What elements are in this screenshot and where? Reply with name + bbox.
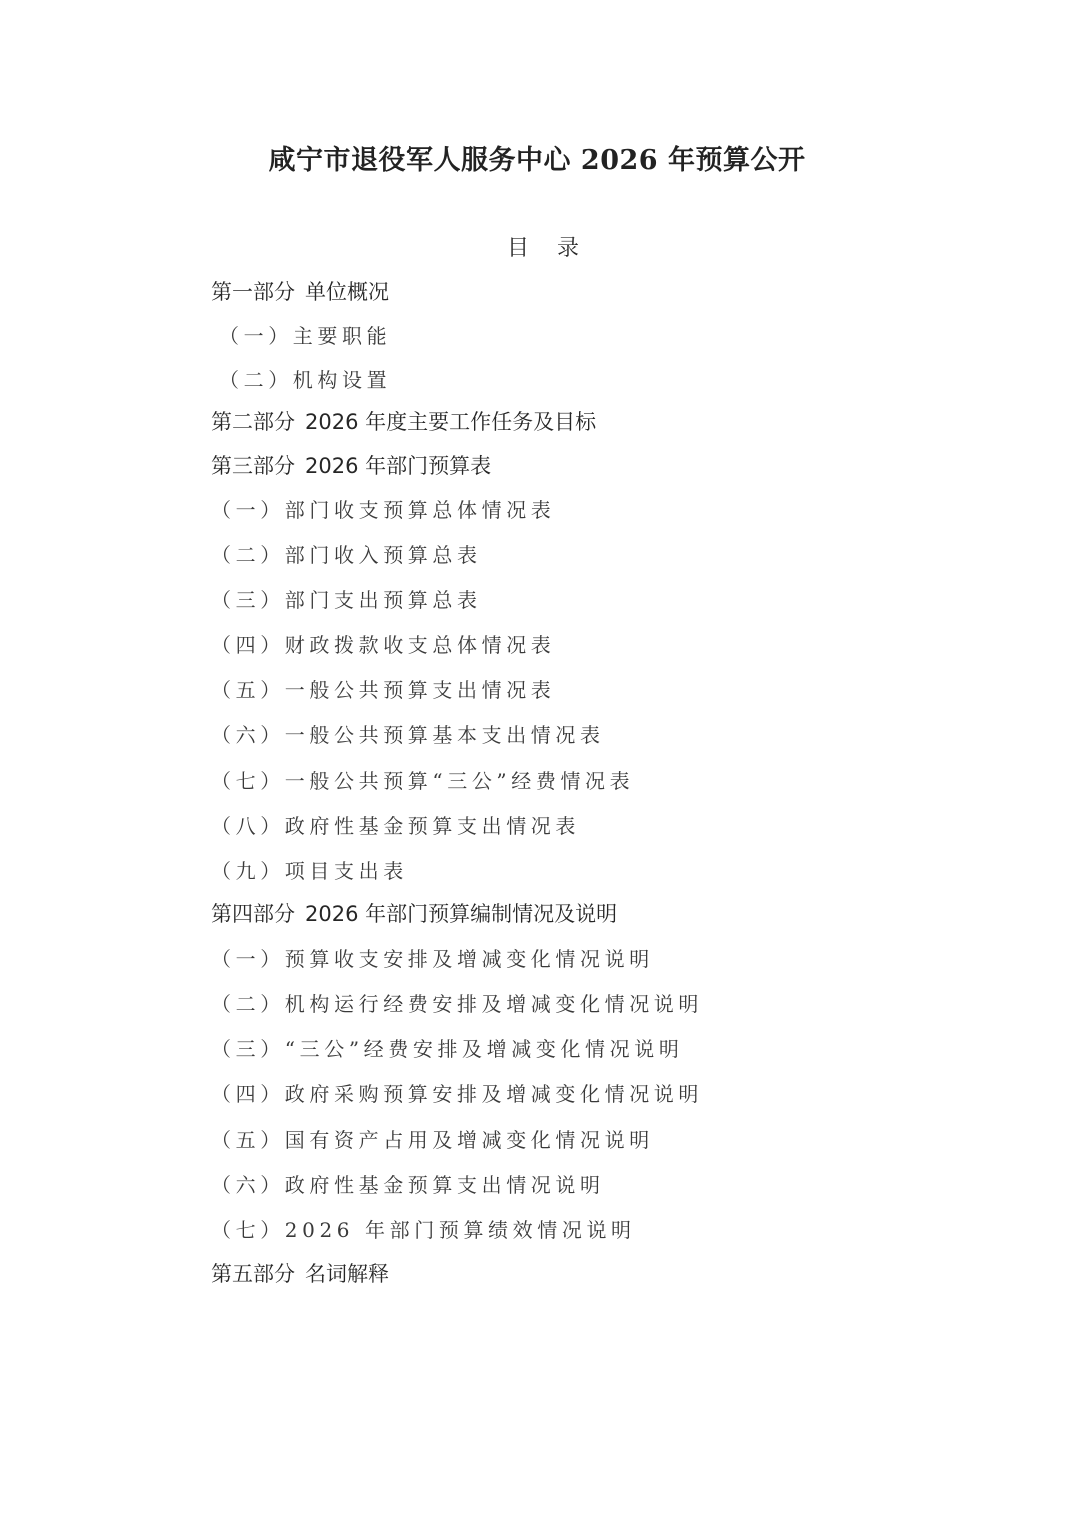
toc-sub-entry[interactable]: （三）“三公”经费安排及增减变化情况说明 [211, 1033, 683, 1062]
toc-part-title: 2026 年部门预算表 [305, 454, 491, 478]
toc-part-title: 单位概况 [305, 280, 389, 304]
toc-sub-entry[interactable]: （八）政府性基金预算支出情况表 [211, 810, 580, 839]
toc-part-entry[interactable]: 第四部分2026 年部门预算编制情况及说明 [211, 898, 617, 928]
toc-sub-entry[interactable]: （六）一般公共预算基本支出情况表 [211, 719, 605, 748]
toc-heading-char-1: 目 [507, 236, 529, 261]
toc-heading-char-2: 录 [557, 236, 579, 261]
toc-sub-entry[interactable]: （三）部门支出预算总表 [211, 584, 482, 613]
toc-sub-entry[interactable]: （五）一般公共预算支出情况表 [211, 674, 555, 703]
toc-sub-entry[interactable]: （五）国有资产占用及增减变化情况说明 [211, 1124, 654, 1153]
toc-part-entry[interactable]: 第五部分名词解释 [211, 1258, 389, 1288]
toc-sub-entry[interactable]: （二）部门收入预算总表 [211, 539, 482, 568]
toc-sub-entry[interactable]: （一）主要职能 [219, 320, 391, 349]
toc-sub-entry[interactable]: （二）机构运行经费安排及增减变化情况说明 [211, 988, 703, 1017]
toc-sub-entry[interactable]: （七）2026 年部门预算绩效情况说明 [211, 1214, 636, 1243]
toc-sub-entry[interactable]: （七）一般公共预算“三公”经费情况表 [211, 765, 634, 794]
toc-part-prefix: 第一部分 [211, 280, 295, 304]
toc-part-entry[interactable]: 第三部分2026 年部门预算表 [211, 450, 491, 480]
toc-sub-entry[interactable]: （一）预算收支安排及增减变化情况说明 [211, 943, 654, 972]
toc-sub-entry[interactable]: （二）机构设置 [219, 364, 391, 393]
toc-sub-entry[interactable]: （四）政府采购预算安排及增减变化情况说明 [211, 1078, 703, 1107]
toc-part-prefix: 第五部分 [211, 1262, 295, 1286]
toc-part-title: 名词解释 [305, 1262, 389, 1286]
toc-part-entry[interactable]: 第一部分单位概况 [211, 276, 389, 306]
toc-heading: 目录 [0, 231, 1074, 262]
toc-sub-entry[interactable]: （六）政府性基金预算支出情况说明 [211, 1169, 605, 1198]
toc-sub-entry[interactable]: （一）部门收支预算总体情况表 [211, 494, 555, 523]
document-title: 咸宁市退役军人服务中心 2026 年预算公开 [0, 138, 1074, 177]
toc-part-prefix: 第四部分 [211, 902, 295, 926]
toc-part-title: 2026 年部门预算编制情况及说明 [305, 902, 617, 926]
toc-sub-entry[interactable]: （九）项目支出表 [211, 855, 408, 884]
toc-part-prefix: 第三部分 [211, 454, 295, 478]
toc-part-entry[interactable]: 第二部分2026 年度主要工作任务及目标 [211, 406, 596, 436]
toc-sub-entry[interactable]: （四）财政拨款收支总体情况表 [211, 629, 555, 658]
toc-part-prefix: 第二部分 [211, 410, 295, 434]
toc-part-title: 2026 年度主要工作任务及目标 [305, 410, 596, 434]
